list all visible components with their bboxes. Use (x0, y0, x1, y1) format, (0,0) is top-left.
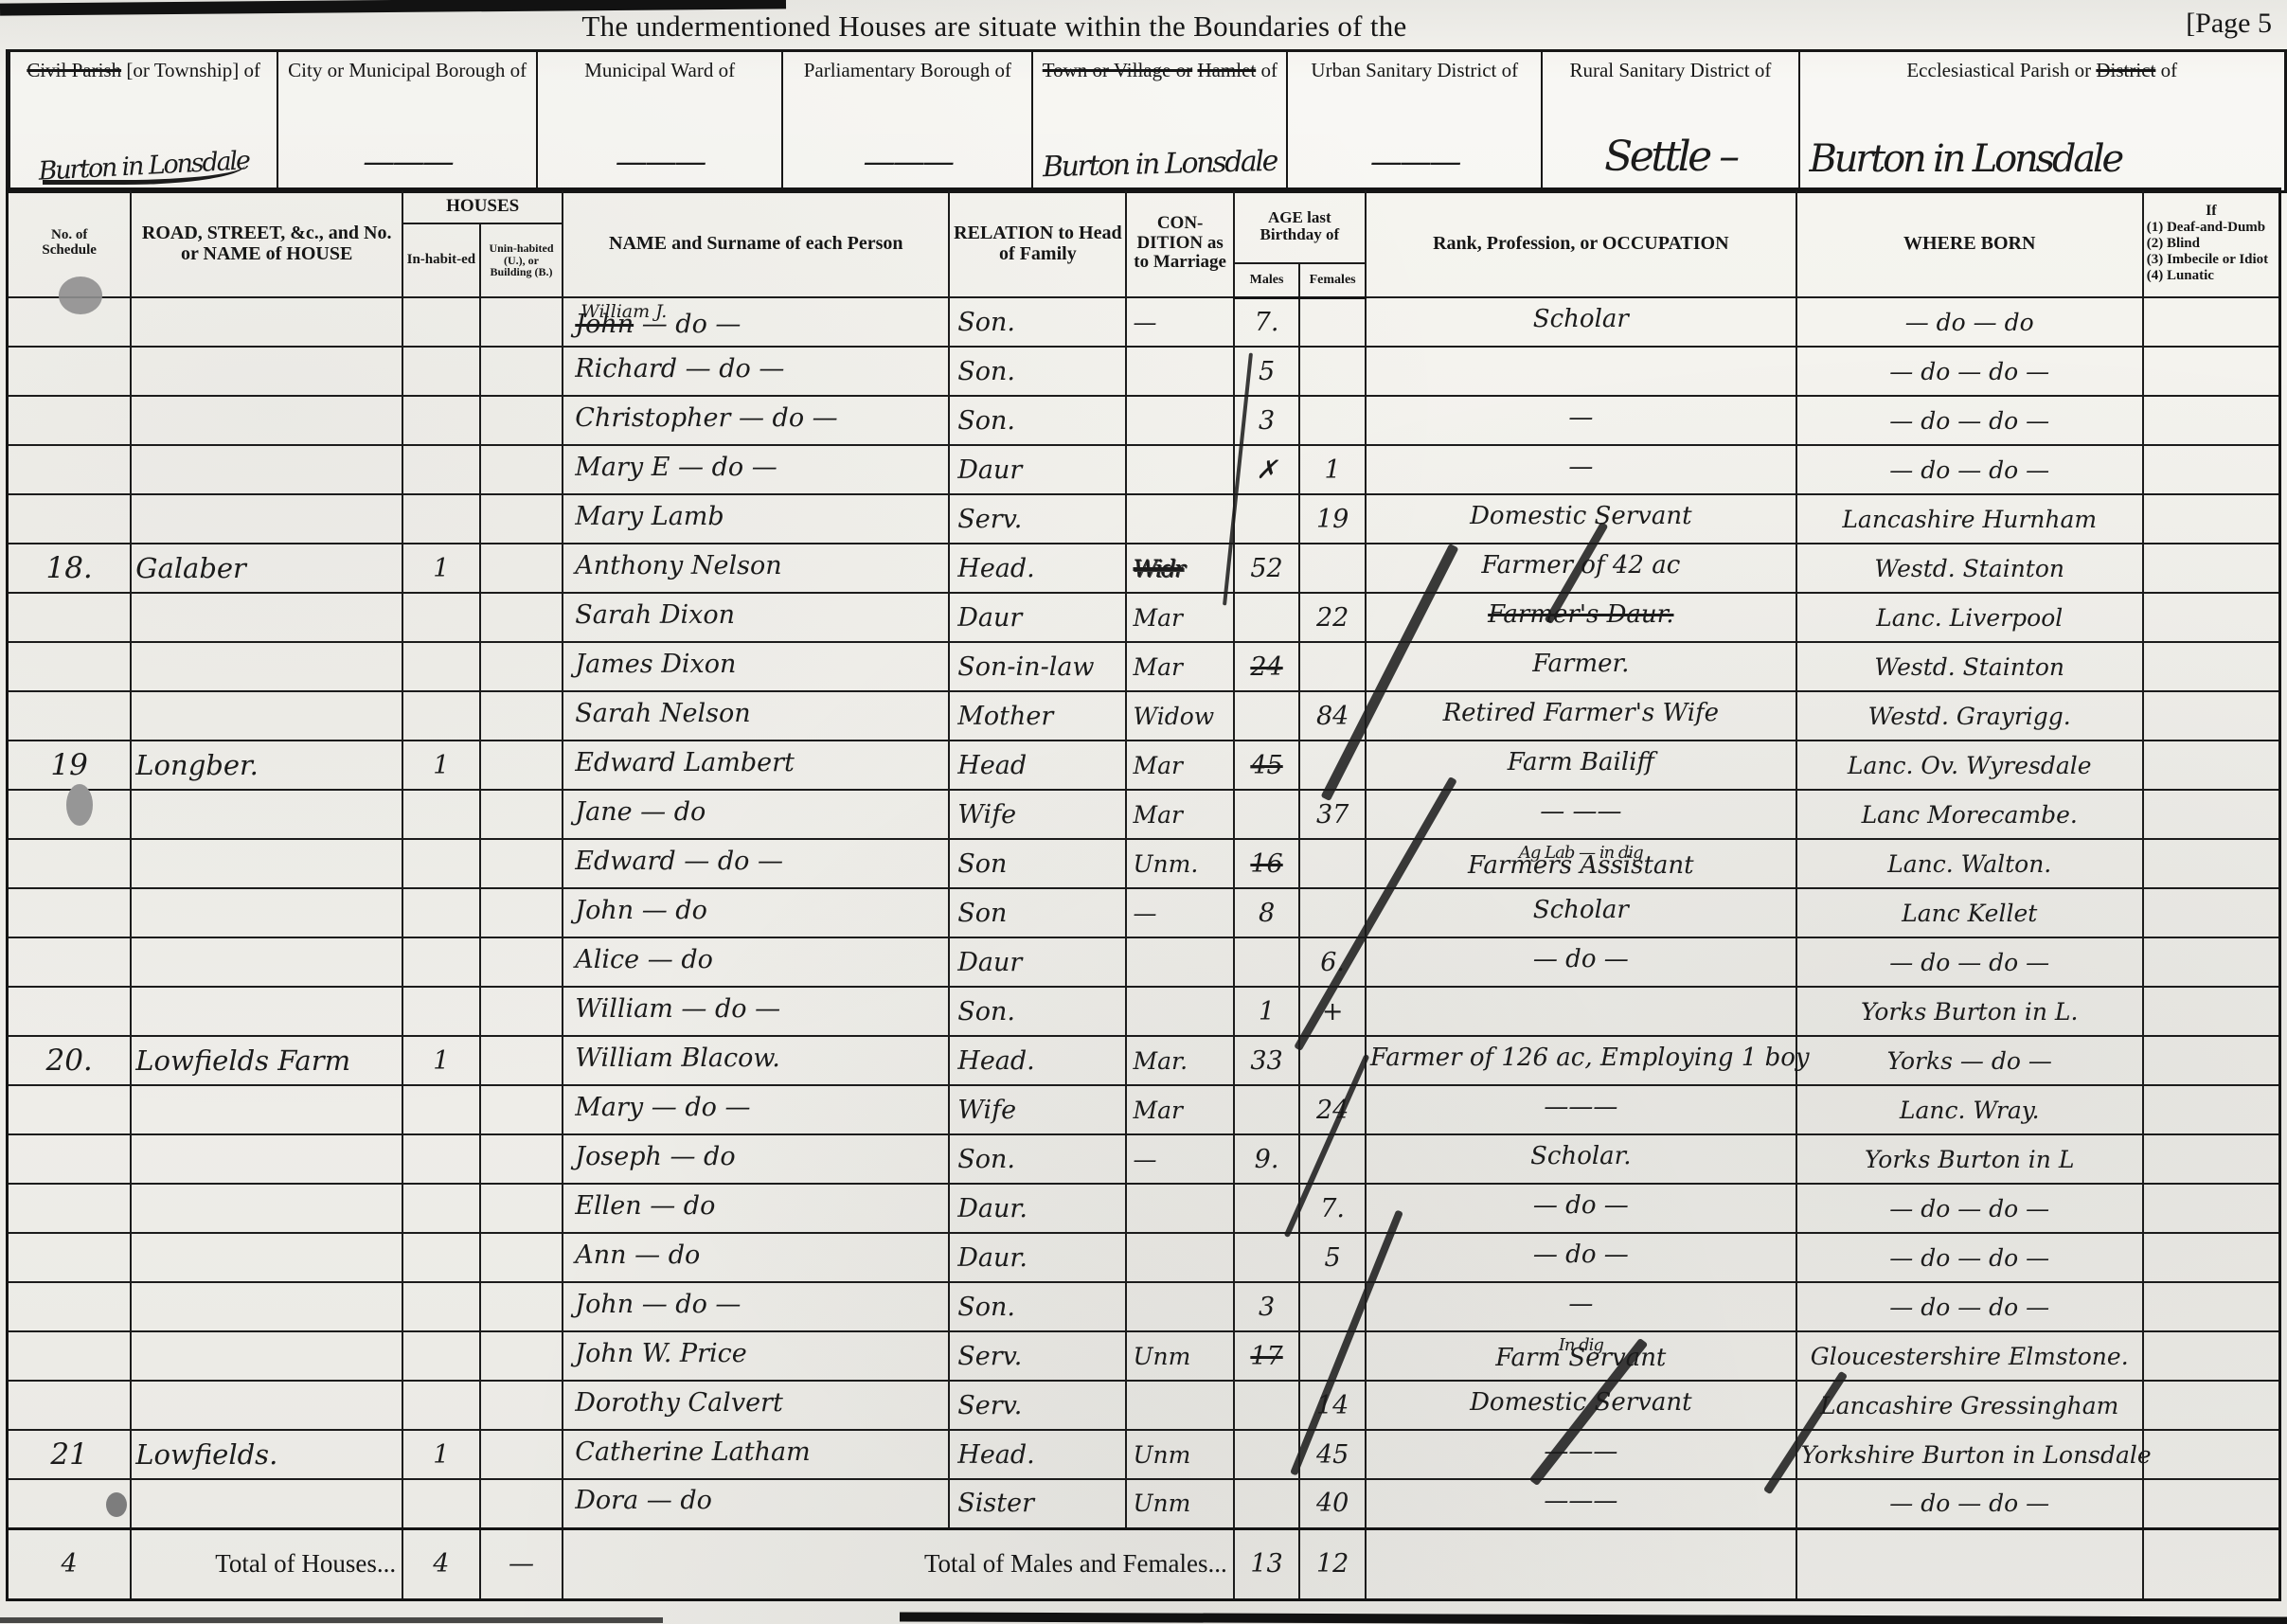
cell-houses-uninhabited (480, 642, 563, 691)
cell-marital-condition: Mar (1126, 593, 1233, 642)
cell-relation-to-head: Daur. (949, 1233, 1126, 1282)
cell-schedule-number: 18. (8, 544, 132, 593)
cell-schedule-number (8, 347, 132, 396)
cell-where-born: — do — do — (1796, 1479, 2143, 1528)
cell-occupation: — do — (1366, 937, 1796, 987)
cell-where-born: — do — do — (1796, 396, 2143, 445)
scan-edge-artifact-bottom-right (900, 1612, 2287, 1624)
header-box-label: Ecclesiastical Parish or District of (1806, 59, 2278, 82)
cell-occupation-text: Domestic Servant (1470, 502, 1691, 530)
cell-road-house-name (131, 790, 402, 839)
cell-relation-to-head: Daur. (949, 1184, 1126, 1233)
cell-disability (2143, 839, 2280, 888)
table-row: Mary — do — Wife Mar 24 ——— Lanc. Wray. (8, 1085, 2280, 1134)
cell-schedule-number (8, 1184, 132, 1233)
cell-relation-to-head: Daur (949, 593, 1126, 642)
cell-houses-uninhabited (480, 1233, 563, 1282)
col-header-disability: If (1) Deaf-and-Dumb (2) Blind (3) Imbec… (2143, 189, 2280, 298)
cell-schedule-number (8, 839, 132, 888)
cell-name-struck-text: John (575, 310, 634, 339)
handwritten-dash-value: ——— (278, 143, 536, 181)
cell-age-male (1234, 937, 1300, 987)
cell-disability (2143, 741, 2280, 790)
handwritten-dash-value: ——— (538, 143, 781, 181)
cell-relation-to-head: Son-in-law (949, 642, 1126, 691)
cell-disability (2143, 396, 2280, 445)
col-header-text: (2) Blind (2147, 236, 2200, 251)
cell-occupation-text: ——— (1544, 1093, 1617, 1121)
cell-age-female (1299, 888, 1366, 937)
label-text: Rural Sanitary District of (1569, 59, 1771, 81)
header-box-city-borough: City or Municipal Borough of ——— (278, 52, 538, 190)
cell-marital-condition (1126, 1282, 1233, 1331)
page-number: [Page 5 (2186, 8, 2272, 40)
cell-name-text: Sarah Dixon (575, 600, 735, 630)
cell-marital-condition: Mar (1126, 741, 1233, 790)
cell-relation-to-head: Serv. (949, 1331, 1126, 1381)
cell-schedule-number (8, 445, 132, 494)
cell-disability (2143, 1184, 2280, 1233)
col-header-text: If (2147, 203, 2276, 220)
cell-occupation-text: — do — (1533, 945, 1629, 973)
cell-houses-inhabited (402, 445, 480, 494)
cell-road-house-name (131, 888, 402, 937)
cell-houses-inhabited (402, 642, 480, 691)
cell-road-house-name (131, 593, 402, 642)
cell-road-house-name (131, 1282, 402, 1331)
cell-houses-uninhabited (480, 1036, 563, 1085)
cell-road-house-name (131, 1134, 402, 1184)
col-header-inhabited: In-habit-ed (402, 223, 480, 297)
cell-occupation-text: — (1568, 453, 1593, 481)
cell-marital-condition: Unm (1126, 1479, 1233, 1528)
cell-marital-condition: Mar. (1126, 1036, 1233, 1085)
cell-name-text: — do — (634, 310, 741, 339)
cell-person-name: William — do — (563, 987, 949, 1036)
cell-schedule-number (8, 494, 132, 544)
scan-edge-artifact-bottom-left (0, 1617, 663, 1623)
header-box-label: City or Municipal Borough of (284, 59, 530, 82)
cell-person-name: Mary E — do — (563, 445, 949, 494)
cell-occupation-text: Scholar (1533, 305, 1629, 333)
cell-schedule-number: 20. (8, 1036, 132, 1085)
totals-row: 4 Total of Houses... 4 — Total of Males … (8, 1528, 2280, 1599)
col-header-females: Females (1299, 263, 1366, 298)
cell-occupation (1366, 347, 1796, 396)
table-row: William J. John — do — Son. — 7. Scholar… (8, 297, 2280, 347)
cell-relation-to-head: Son. (949, 297, 1126, 347)
cell-person-name: William Blacow. (563, 1036, 949, 1085)
cell-name-text: Joseph — do (575, 1142, 735, 1171)
label-text: Parliamentary Borough of (804, 59, 1011, 81)
cell-person-name: Anthony Nelson (563, 544, 949, 593)
col-header-relation: RELATION to Head of Family (949, 189, 1126, 298)
struck-label-text: District (2096, 59, 2155, 81)
cell-name-text: Dora — do (575, 1486, 712, 1515)
cell-schedule-number: 19 (8, 741, 132, 790)
census-rows: William J. John — do — Son. — 7. Scholar… (8, 297, 2280, 1528)
cell-disability (2143, 347, 2280, 396)
cell-schedule-number (8, 691, 132, 741)
cell-age-male (1234, 1381, 1300, 1430)
cell-age-male: ✗ (1234, 445, 1300, 494)
label-text: Municipal Ward of (584, 59, 735, 81)
handwritten-dash-value: ——— (1288, 143, 1541, 181)
ink-blot (59, 277, 102, 314)
cell-houses-uninhabited (480, 1479, 563, 1528)
cell-person-name: William J. John — do — (563, 297, 949, 347)
cell-marital-condition: — (1126, 1134, 1233, 1184)
cell-name-text: James Dixon (575, 650, 736, 679)
cell-person-name: Sarah Dixon (563, 593, 949, 642)
cell-name-text: Alice — do (575, 945, 713, 974)
cell-marital-condition (1126, 396, 1233, 445)
cell-person-name: John — do — (563, 1282, 949, 1331)
table-row: James Dixon Son-in-law Mar 24 Farmer. We… (8, 642, 2280, 691)
cell-marital-condition: — (1126, 888, 1233, 937)
table-row: John W. Price Serv. Unm 17 In dig Farm S… (8, 1331, 2280, 1381)
total-houses-value: 4 (402, 1528, 480, 1599)
cell-houses-inhabited: 1 (402, 544, 480, 593)
cell-relation-to-head: Wife (949, 1085, 1126, 1134)
cell-houses-inhabited (402, 937, 480, 987)
struck-label-text: Civil Parish (27, 59, 121, 81)
cell-occupation-text: — —— (1540, 797, 1621, 826)
cell-occupation-text: ——— (1544, 1487, 1617, 1515)
cell-where-born: Westd. Grayrigg. (1796, 691, 2143, 741)
cell-occupation-text: Farmer of 126 ac, Employing 1 boy (1370, 1044, 1810, 1072)
col-header-text: Schedule (42, 242, 97, 258)
cell-age-female: 22 (1299, 593, 1366, 642)
cell-disability (2143, 691, 2280, 741)
col-header-age-group: AGE last Birthday of (1234, 189, 1366, 263)
col-header-text: (3) Imbecile or Idiot (2147, 252, 2268, 267)
header-box-rural-sanitary: Rural Sanitary District of Settle – (1543, 52, 1799, 190)
col-header-occupation: Rank, Profession, or OCCUPATION (1366, 189, 1796, 298)
header-box-label: Parliamentary Borough of (789, 59, 1026, 82)
struck-label-text: Hamlet (1197, 59, 1256, 81)
cell-occupation-text: Farmers Assistant (1468, 851, 1694, 880)
cell-where-born: — do — do — (1796, 445, 2143, 494)
cell-road-house-name (131, 1331, 402, 1381)
empty-cell (2143, 1528, 2280, 1599)
cell-relation-to-head: Son. (949, 1134, 1126, 1184)
cell-occupation: Domestic Servant (1366, 494, 1796, 544)
cell-name-text: John — do — (575, 1290, 741, 1319)
cell-relation-to-head: Serv. (949, 494, 1126, 544)
cell-age-female (1299, 347, 1366, 396)
cell-occupation-text: Scholar. (1530, 1142, 1631, 1170)
page-title: The undermentioned Houses are situate wi… (530, 9, 1458, 44)
cell-road-house-name (131, 445, 402, 494)
cell-person-name: Sarah Nelson (563, 691, 949, 741)
cell-houses-inhabited: 1 (402, 1430, 480, 1479)
cell-name-text: Edward — do — (575, 847, 783, 876)
cell-occupation: Scholar (1366, 297, 1796, 347)
cell-road-house-name (131, 987, 402, 1036)
cell-occupation: Farmer of 126 ac, Employing 1 boy (1366, 1036, 1796, 1085)
table-row: Sarah Dixon Daur Mar 22 Farmer's Daur. L… (8, 593, 2280, 642)
pen-flourish (43, 165, 245, 185)
cell-occupation: — (1366, 396, 1796, 445)
cell-marital-condition (1126, 1184, 1233, 1233)
struck-label-text: Town or Village or (1043, 59, 1192, 81)
cell-road-house-name (131, 1381, 402, 1430)
table-row: 18. Galaber 1 Anthony Nelson Head. Widr … (8, 544, 2280, 593)
cell-schedule-number (8, 396, 132, 445)
cell-road-house-name (131, 937, 402, 987)
cell-road-house-name (131, 642, 402, 691)
cell-where-born: Yorks Burton in L. (1796, 987, 2143, 1036)
cell-where-born: Yorks — do — (1796, 1036, 2143, 1085)
cell-occupation: — (1366, 1282, 1796, 1331)
label-text: [or Township] of (121, 59, 260, 81)
cell-age-male: 52 (1234, 544, 1300, 593)
cell-schedule-number (8, 937, 132, 987)
cell-where-born: — do — do (1796, 297, 2143, 347)
cell-occupation (1366, 987, 1796, 1036)
cell-person-name: Mary — do — (563, 1085, 949, 1134)
cell-relation-to-head: Daur (949, 445, 1126, 494)
cell-houses-inhabited: 1 (402, 741, 480, 790)
table-row: Dorothy Calvert Serv. 14 Domestic Servan… (8, 1381, 2280, 1430)
table-row: 19 Longber. 1 Edward Lambert Head Mar 45… (8, 741, 2280, 790)
cell-age-female (1299, 642, 1366, 691)
cell-occupation: ——— (1366, 1085, 1796, 1134)
cell-disability (2143, 790, 2280, 839)
cell-houses-uninhabited (480, 396, 563, 445)
cell-person-name: Alice — do (563, 937, 949, 987)
cell-name-text: John W. Price (575, 1339, 746, 1368)
cell-where-born: Lanc. Walton. (1796, 839, 2143, 888)
col-header-road: ROAD, STREET, &c., and No. or NAME of HO… (131, 189, 402, 298)
cell-road-house-name (131, 297, 402, 347)
table-row: William — do — Son. 1 + Yorks Burton in … (8, 987, 2280, 1036)
cell-name-text: Ellen — do (575, 1191, 715, 1221)
table-row: Alice — do Daur 6. — do — — do — do — (8, 937, 2280, 987)
census-table: No. ofSchedule ROAD, STREET, &c., and No… (6, 187, 2281, 1601)
cell-age-male (1234, 790, 1300, 839)
cell-houses-inhabited (402, 1479, 480, 1528)
cell-name-text: Jane — do (575, 797, 706, 827)
cell-age-male: 1 (1234, 987, 1300, 1036)
cell-road-house-name (131, 1233, 402, 1282)
total-houses-label: Total of Houses... (131, 1528, 402, 1599)
cell-age-male (1234, 691, 1300, 741)
cell-relation-to-head: Son. (949, 347, 1126, 396)
cell-road-house-name: Lowfields Farm (131, 1036, 402, 1085)
cell-where-born: Lanc. Ov. Wyresdale (1796, 741, 2143, 790)
cell-schedule-number (8, 888, 132, 937)
cell-age-male: 3 (1234, 1282, 1300, 1331)
cell-schedule-number (8, 987, 132, 1036)
cell-where-born: — do — do — (1796, 347, 2143, 396)
cell-houses-inhabited (402, 987, 480, 1036)
cell-occupation: ——— (1366, 1479, 1796, 1528)
cell-relation-to-head: Head. (949, 544, 1126, 593)
label-text: of (1256, 59, 1278, 81)
cell-houses-uninhabited (480, 1430, 563, 1479)
cell-occupation: Ag Lab — in dig Farmers Assistant (1366, 839, 1796, 888)
total-males-females-label: Total of Males and Females... (563, 1528, 1233, 1599)
cell-road-house-name: Longber. (131, 741, 402, 790)
cell-age-male: 9. (1234, 1134, 1300, 1184)
empty-cell (1796, 1528, 2143, 1599)
header-box-ecclesiastical-parish: Ecclesiastical Parish or District of Bur… (1800, 52, 2284, 190)
cell-schedule-number: 21 (8, 1430, 132, 1479)
cell-occupation: — do — (1366, 1184, 1796, 1233)
cell-road-house-name (131, 396, 402, 445)
col-header-name: NAME and Surname of each Person (563, 189, 949, 298)
cell-relation-to-head: Sister (949, 1479, 1126, 1528)
cell-houses-uninhabited (480, 1381, 563, 1430)
cell-disability (2143, 1381, 2280, 1430)
cell-age-female (1299, 839, 1366, 888)
geography-header-band: Civil Parish [or Township] of Burton in … (6, 49, 2287, 193)
cell-where-born: Lanc Kellet (1796, 888, 2143, 937)
cell-age-male (1234, 1479, 1300, 1528)
cell-relation-to-head: Son (949, 888, 1126, 937)
cell-age-male: 24 (1234, 642, 1300, 691)
total-schedules-value: 4 (8, 1528, 132, 1599)
cell-age-female: 40 (1299, 1479, 1366, 1528)
cell-road-house-name (131, 347, 402, 396)
header-box-parliamentary-borough: Parliamentary Borough of ——— (783, 52, 1033, 190)
cell-marital-condition: Widr (1126, 544, 1233, 593)
cell-marital-condition (1126, 347, 1233, 396)
cell-disability (2143, 494, 2280, 544)
label-text: of (2155, 59, 2177, 81)
table-row: Jane — do Wife Mar 37 — —— Lanc Morecamb… (8, 790, 2280, 839)
cell-houses-uninhabited (480, 1134, 563, 1184)
cell-disability (2143, 297, 2280, 347)
table-row: Joseph — do Son. — 9. Scholar. Yorks Bur… (8, 1134, 2280, 1184)
table-row: Richard — do — Son. 5 — do — do — (8, 347, 2280, 396)
cell-disability (2143, 1331, 2280, 1381)
col-header-where-born: WHERE BORN (1796, 189, 2143, 298)
cell-relation-to-head: Serv. (949, 1381, 1126, 1430)
cell-houses-uninhabited (480, 494, 563, 544)
cell-marital-condition: Mar (1126, 1085, 1233, 1134)
cell-where-born: Yorks Burton in L (1796, 1134, 2143, 1184)
cell-person-name: Christopher — do — (563, 396, 949, 445)
cell-marital-condition: — (1126, 297, 1233, 347)
cell-houses-inhabited (402, 1184, 480, 1233)
cell-person-name: Dora — do (563, 1479, 949, 1528)
cell-houses-uninhabited (480, 937, 563, 987)
cell-age-male: 45 (1234, 741, 1300, 790)
cell-marital-condition: Unm. (1126, 839, 1233, 888)
cell-name-text: Anthony Nelson (575, 551, 781, 580)
cell-age-female: 37 (1299, 790, 1366, 839)
cell-schedule-number (8, 1085, 132, 1134)
cell-occupation-text: Farmer. (1532, 650, 1629, 678)
cell-relation-to-head: Son (949, 839, 1126, 888)
cell-occupation: Farm Bailiff (1366, 741, 1796, 790)
cell-houses-inhabited (402, 1381, 480, 1430)
cell-disability (2143, 1479, 2280, 1528)
cell-schedule-number (8, 1233, 132, 1282)
table-row: Ellen — do Daur. 7. — do — — do — do — (8, 1184, 2280, 1233)
ink-blot (106, 1492, 127, 1517)
table-row: Ann — do Daur. 5 — do — — do — do — (8, 1233, 2280, 1282)
cell-houses-inhabited (402, 494, 480, 544)
cell-marital-condition: Widow (1126, 691, 1233, 741)
cell-age-female (1299, 544, 1366, 593)
cell-marital-condition: Mar (1126, 790, 1233, 839)
cell-houses-uninhabited (480, 691, 563, 741)
cell-houses-uninhabited (480, 1184, 563, 1233)
cell-age-female: 5 (1299, 1233, 1366, 1282)
cell-road-house-name (131, 1479, 402, 1528)
table-row: John — do Son — 8 Scholar Lanc Kellet (8, 888, 2280, 937)
cell-road-house-name (131, 839, 402, 888)
cell-disability (2143, 642, 2280, 691)
cell-relation-to-head: Mother (949, 691, 1126, 741)
cell-where-born: Lancashire Hurnham (1796, 494, 2143, 544)
cell-age-male: 17 (1234, 1331, 1300, 1381)
cell-disability (2143, 1282, 2280, 1331)
cell-road-house-name (131, 494, 402, 544)
col-header-houses-group: HOUSES (402, 189, 563, 224)
cell-schedule-number (8, 1282, 132, 1331)
cell-name-text: William Blacow. (575, 1044, 780, 1073)
cell-occupation-text: Retired Farmer's Wife (1443, 699, 1719, 727)
header-box-label: Municipal Ward of (544, 59, 776, 82)
cell-houses-uninhabited (480, 445, 563, 494)
cell-road-house-name: Galaber (131, 544, 402, 593)
cell-age-female: 19 (1299, 494, 1366, 544)
handwritten-ecclesiastical-value: Burton in Lonsdale (1800, 137, 2284, 181)
cell-occupation: Scholar (1366, 888, 1796, 937)
cell-houses-inhabited (402, 396, 480, 445)
cell-age-male: 33 (1234, 1036, 1300, 1085)
header-box-civil-parish: Civil Parish [or Township] of Burton in … (10, 52, 278, 190)
cell-houses-uninhabited (480, 297, 563, 347)
cell-houses-inhabited (402, 839, 480, 888)
cell-houses-inhabited (402, 347, 480, 396)
cell-houses-inhabited (402, 593, 480, 642)
total-uninhabited-value: — (480, 1528, 563, 1599)
total-males-value: 13 (1234, 1528, 1300, 1599)
cell-houses-uninhabited (480, 347, 563, 396)
cell-person-name: Richard — do — (563, 347, 949, 396)
cell-name-text: William — do — (575, 994, 780, 1024)
cell-age-male: 8 (1234, 888, 1300, 937)
cell-person-name: James Dixon (563, 642, 949, 691)
cell-age-female (1299, 297, 1366, 347)
cell-disability (2143, 1085, 2280, 1134)
cell-person-name: Ann — do (563, 1233, 949, 1282)
cell-houses-uninhabited (480, 544, 563, 593)
cell-where-born: Lanc. Liverpool (1796, 593, 2143, 642)
cell-marital-condition (1126, 1233, 1233, 1282)
cell-age-male: 16 (1234, 839, 1300, 888)
cell-road-house-name (131, 691, 402, 741)
cell-person-name: Dorothy Calvert (563, 1381, 949, 1430)
cell-marital-condition (1126, 494, 1233, 544)
cell-occupation-text: — do — (1533, 1191, 1629, 1220)
cell-person-name: Catherine Latham (563, 1430, 949, 1479)
cell-houses-inhabited (402, 888, 480, 937)
cell-name-text: Ann — do (575, 1240, 700, 1270)
col-header-text: (4) Lunatic (2147, 268, 2214, 283)
cell-name-text: Catherine Latham (575, 1437, 810, 1467)
cell-age-male (1234, 1233, 1300, 1282)
cell-relation-to-head: Son. (949, 396, 1126, 445)
cell-marital-condition: Unm (1126, 1331, 1233, 1381)
table-row: 21 Lowfields. 1 Catherine Latham Head. U… (8, 1430, 2280, 1479)
